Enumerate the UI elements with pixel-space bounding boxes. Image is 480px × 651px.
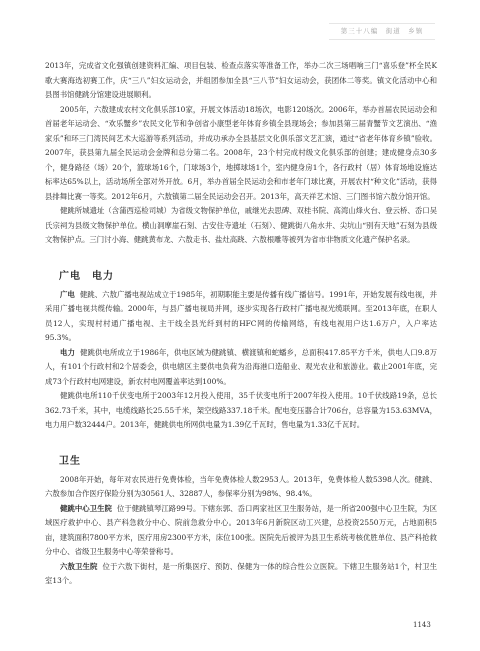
paragraph-broadcast: 广电健跳、六敖广播电视站成立于1985年，初期职能主要是传播有线广播信号。199…	[45, 288, 437, 346]
lead-power: 电力	[60, 348, 75, 357]
power-text: 健跳供电所成立于1986年，供电区域为健跳镇、横渡镇和蛇蟠乡，总面积417.85…	[45, 348, 437, 386]
lead-liuao-hospital: 六敖卫生院	[60, 562, 97, 571]
heading-health: 卫生	[45, 451, 437, 473]
paragraph-culture-liuao: 2005年，六敖建成农村文化俱乐部10家，开展文体活动18场次，电影120场次。…	[45, 103, 437, 205]
page-number: 1143	[413, 621, 431, 629]
liuao-hospital-text: 位于六敖下街村，是一所集医疗、预防、保健为一体的综合性公立医院。下辖卫生服务站1…	[45, 562, 437, 586]
running-head: 第三十八编 街道 乡镇	[329, 23, 435, 40]
paragraph-culture-2013: 2013年，完成省文化强镇创建资料汇编、项目包装、检查点落实等准备工作，举办二次…	[45, 59, 437, 103]
paragraph-power-substations: 健跳供电所110千伏变电所于2003年12月投入使用，35千伏变电所于2007年…	[45, 389, 437, 433]
broadcast-text: 健跳、六敖广播电视站成立于1985年，初期职能主要是传播有线广播信号。1991年…	[45, 290, 437, 343]
paragraph-health-intro: 2008年开始，每年对农民进行免费体检，当年免费体检人数2953人。2013年，…	[45, 473, 437, 502]
paragraph-power: 电力健跳供电所成立于1986年，供电区域为健跳镇、横渡镇和蛇蟠乡，总面积417.…	[45, 346, 437, 390]
page-content: 2013年，完成省文化强镇创建资料汇编、项目包装、检查点落实等准备工作，举办二次…	[45, 59, 437, 589]
paragraph-heritage: 健跳所城遗址（含蒲西巡检司城）为省级文物保护单位，戚继光去思碑、双桂书院、高湾山…	[45, 204, 437, 248]
heading-broadcast-power: 广电 电力	[45, 266, 437, 288]
lead-jiantiao-hospital: 健跳中心卫生院	[60, 504, 112, 513]
paragraph-jiantiao-hospital: 健跳中心卫生院位于健跳镇琴江路99号。下辖东郭、岙口两家社区卫生服务站，是一所省…	[45, 502, 437, 560]
paragraph-liuao-hospital: 六敖卫生院位于六敖下街村，是一所集医疗、预防、保健为一体的综合性公立医院。下辖卫…	[45, 560, 437, 589]
lead-broadcast: 广电	[60, 290, 75, 299]
